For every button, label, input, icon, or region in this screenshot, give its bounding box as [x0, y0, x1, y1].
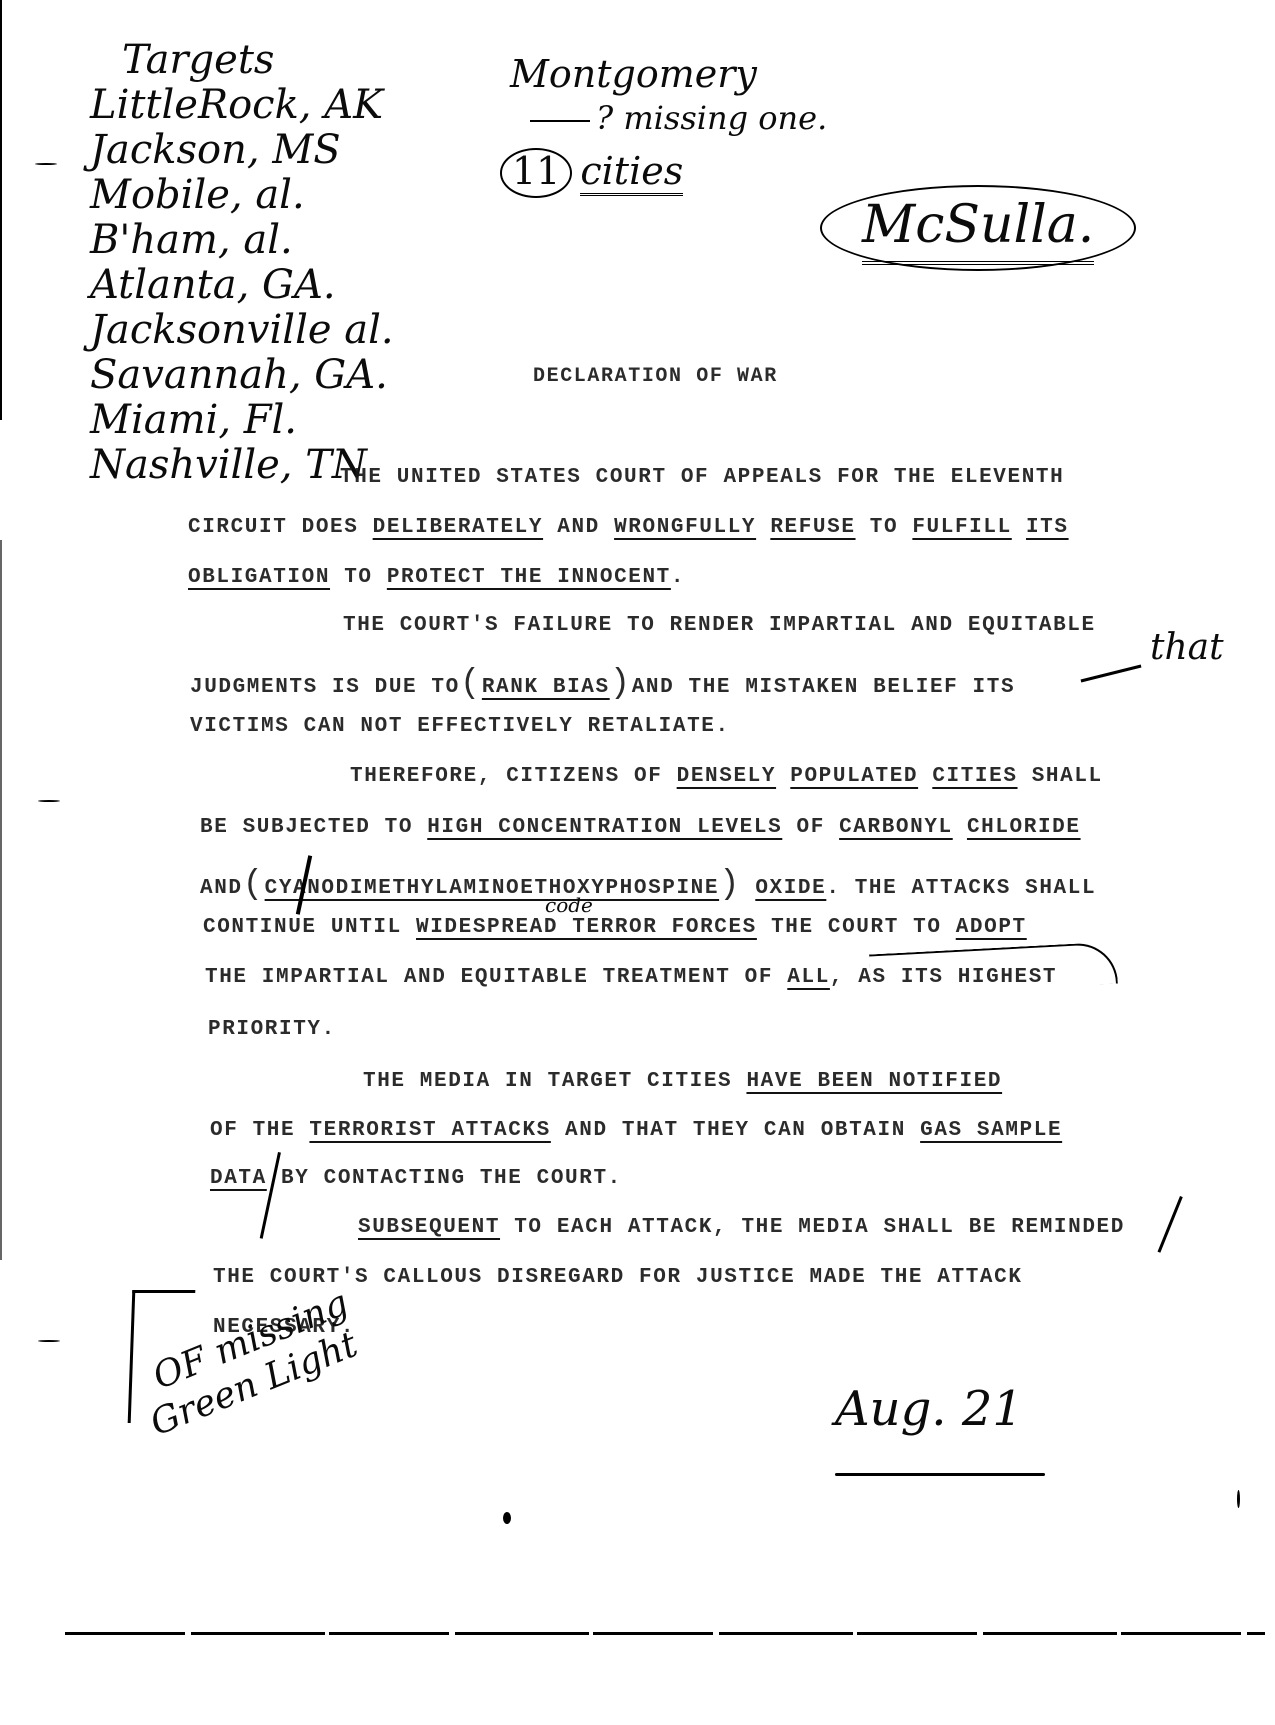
ink-speck: [38, 1340, 60, 1342]
ink-speck: [35, 163, 57, 165]
typed-line: SUBSEQUENT TO EACH ATTACK, THE MEDIA SHA…: [358, 1216, 1125, 1239]
target-city: Savannah, GA.: [90, 353, 394, 398]
ink-speck: [38, 800, 60, 802]
handwritten-date: Aug. 21: [835, 1385, 1023, 1433]
typed-line: OF THE TERRORIST ATTACKS AND THAT THEY C…: [210, 1119, 1062, 1142]
target-city: Miami, Fl.: [90, 398, 394, 443]
typed-line: THE UNITED STATES COURT OF APPEALS FOR T…: [340, 466, 1064, 489]
typed-line: VICTIMS CAN NOT EFFECTIVELY RETALIATE.: [190, 715, 730, 738]
scan-edge-line: [0, 540, 2, 1260]
insert-mark: [1081, 665, 1142, 683]
target-city: LittleRock, AK: [90, 83, 394, 128]
typed-line: CONTINUE UNTIL WIDESPREAD TERROR FORCES …: [203, 916, 1027, 939]
typed-line: OBLIGATION TO PROTECT THE INNOCENT.: [188, 566, 685, 589]
typed-line: THE COURT'S FAILURE TO RENDER IMPARTIAL …: [343, 614, 1096, 637]
handwritten-that: that: [1150, 630, 1224, 666]
name-text: McSulla.: [862, 195, 1094, 265]
ink-speck: [1237, 1490, 1240, 1508]
slash-mark: [260, 1152, 281, 1239]
circled-count: 11: [500, 148, 572, 198]
handwritten-targets-list: Targets LittleRock, AK Jackson, MS Mobil…: [90, 38, 394, 488]
typed-line: THE MEDIA IN TARGET CITIES HAVE BEEN NOT…: [363, 1070, 1002, 1093]
typed-line: BE SUBJECTED TO HIGH CONCENTRATION LEVEL…: [200, 816, 1081, 839]
typed-line: AND(CYANODIMETHYLAMINOETHOXYPHOSPINE) OX…: [200, 866, 1096, 904]
insert-arc: [869, 942, 1118, 997]
page-footer-rule: [65, 1632, 1265, 1635]
targets-heading: Targets: [90, 38, 394, 83]
target-city: Mobile, al.: [90, 173, 394, 218]
scan-edge-line: [0, 0, 2, 420]
slash-mark: [1158, 1196, 1183, 1253]
document-title: DECLARATION OF WAR: [533, 365, 778, 388]
handwritten-montgomery: Montgomery: [510, 55, 757, 93]
target-city: B'ham, al.: [90, 218, 394, 263]
handwritten-missing-one: ? missing one.: [530, 102, 827, 134]
handwritten-code: code: [545, 895, 593, 915]
typed-line: PRIORITY.: [208, 1018, 336, 1041]
cities-label: cities: [580, 149, 683, 196]
target-city: Atlanta, GA.: [90, 263, 394, 308]
target-city: Jackson, MS: [90, 128, 394, 173]
handwritten-eleven-cities: 11cities: [500, 148, 683, 198]
dash-mark: [530, 120, 590, 122]
typed-line: THEREFORE, CITIZENS OF DENSELY POPULATED…: [350, 765, 1103, 788]
typed-line: JUDGMENTS IS DUE TO(RANK BIAS)AND THE MI…: [190, 665, 1015, 703]
ink-speck: [503, 1512, 511, 1524]
missing-one-text: ? missing one.: [596, 99, 827, 137]
handwritten-name-circled: McSulla.: [820, 185, 1136, 271]
typed-line: CIRCUIT DOES DELIBERATELY AND WRONGFULLY…: [188, 516, 1069, 539]
target-city: Jacksonville al.: [90, 308, 394, 353]
date-underline: [835, 1473, 1045, 1476]
document-page: Targets LittleRock, AK Jackson, MS Mobil…: [0, 0, 1275, 1725]
